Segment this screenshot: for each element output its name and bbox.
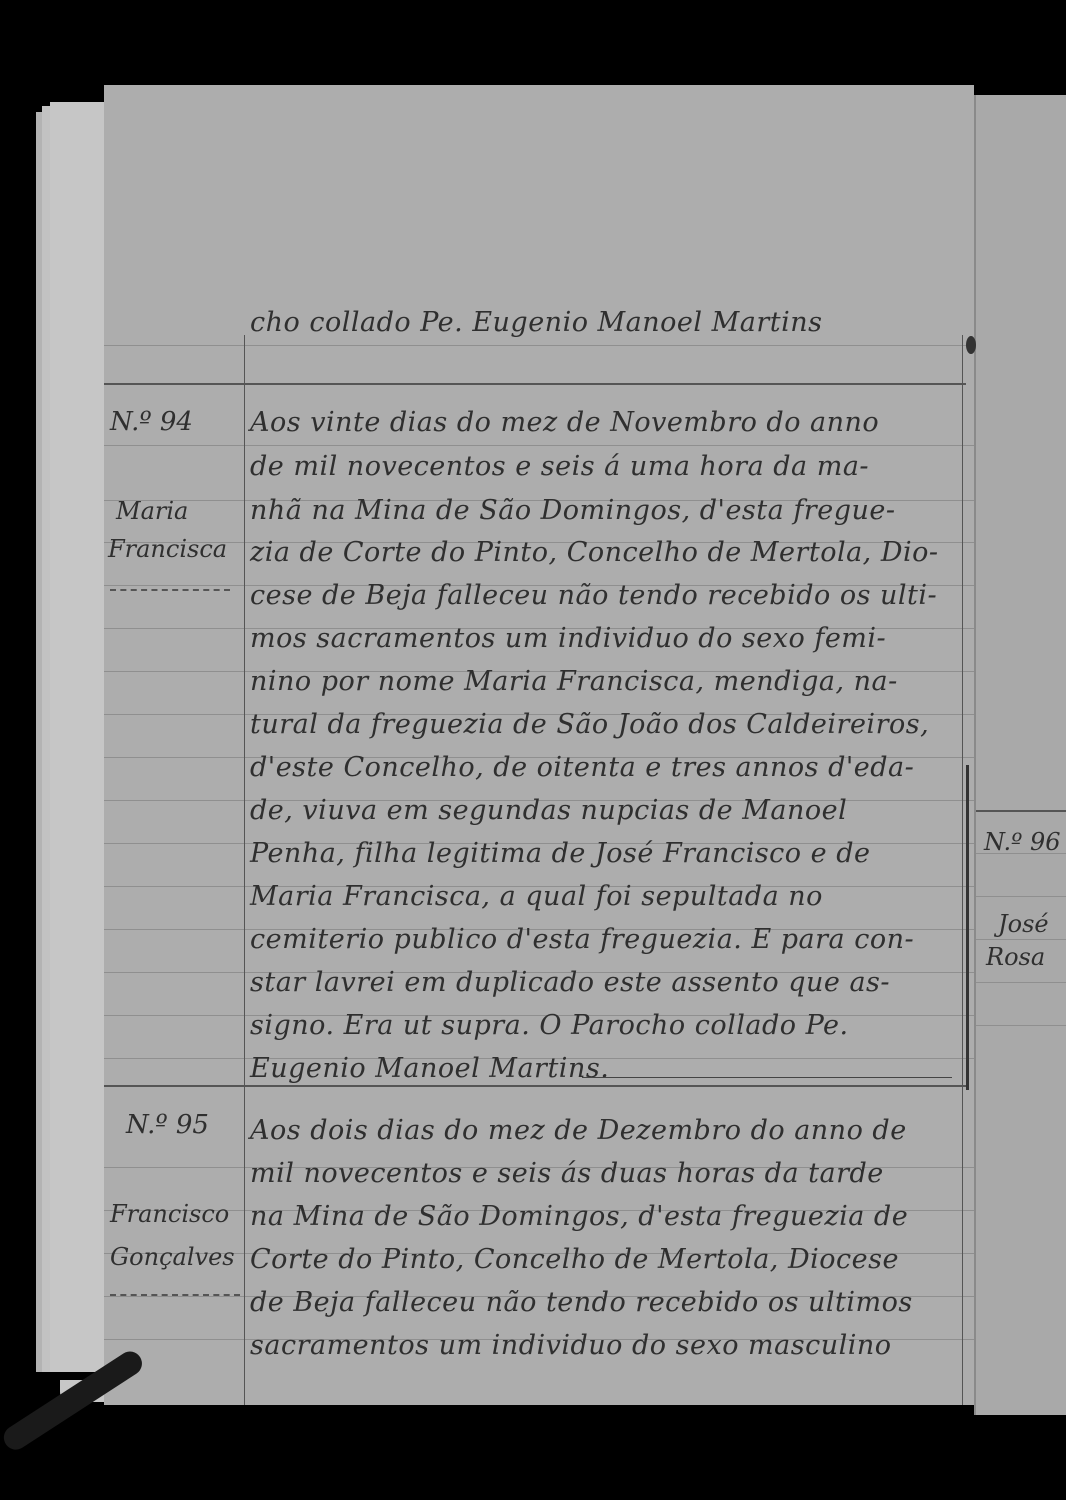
entry-body-line: Aos dois dias do mez de Dezembro do anno… [250, 1115, 907, 1146]
entry-body-line: Corte do Pinto, Concelho de Mertola, Dio… [250, 1244, 899, 1275]
entry-body-line: star lavrei em duplicado este assento qu… [250, 967, 890, 998]
entry-body-line: de, viuva em segundas nupcias de Manoel [250, 795, 847, 826]
entry-separator [976, 810, 1066, 812]
entry-body-line: nhã na Mina de São Domingos, d'esta freg… [250, 495, 895, 526]
facing-entry-name-line: Rosa [986, 943, 1045, 971]
margin-column-line [244, 335, 245, 1405]
entry-body-line: de mil novecentos e seis á uma hora da m… [250, 451, 869, 482]
entry-number: N.º 94 [110, 407, 193, 437]
entry-body-line: Maria Francisca, a qual foi sepultada no [250, 881, 823, 912]
entry-name-line: Gonçalves [110, 1243, 235, 1271]
end-of-entry-line [582, 1077, 952, 1078]
entry-body-line: signo. Era ut supra. O Parocho collado P… [250, 1010, 849, 1041]
entry-number: N.º 95 [126, 1110, 209, 1140]
flourish-line [110, 585, 230, 591]
entry-body-line: na Mina de São Domingos, d'esta freguezi… [250, 1201, 908, 1232]
entry-body-line: de Beja falleceu não tendo recebido os u… [250, 1287, 913, 1318]
entry-body-line: nino por nome Maria Francisca, mendiga, … [250, 666, 898, 697]
entry-name-line: Francisco [110, 1200, 229, 1228]
entry-body-line: zia de Corte do Pinto, Concelho de Merto… [250, 537, 939, 568]
entry-body-line: Aos vinte dias do mez de Novembro do ann… [250, 407, 879, 438]
header-signature-line: cho collado Pe. Eugenio Manoel Martins [250, 307, 823, 338]
ruled-line [976, 939, 1066, 940]
entry-name-line: Francisca [108, 535, 227, 563]
ruled-line [976, 1025, 1066, 1026]
facing-page: N.º 96 José Rosa [974, 95, 1066, 1415]
ink-blot [966, 336, 976, 354]
facing-entry-name-line: José [998, 910, 1049, 938]
register-page: cho collado Pe. Eugenio Manoel Martins N… [104, 85, 974, 1405]
page-stack-edge [50, 102, 107, 1372]
entry-body-line: Eugenio Manoel Martins. [250, 1053, 609, 1084]
ruled-line [976, 982, 1066, 983]
entry-body-line: tural da freguezia de São João dos Calde… [250, 709, 929, 740]
entry-body-line: Penha, filha legitima de José Francisco … [250, 838, 870, 869]
entry-body-line: mil novecentos e seis ás duas horas da t… [250, 1158, 884, 1189]
ruled-line [104, 445, 974, 446]
entry-separator [104, 1085, 966, 1087]
facing-entry-number: N.º 96 [984, 828, 1061, 856]
entry-body-line: cemiterio publico d'esta freguezia. E pa… [250, 924, 914, 955]
ruled-line [104, 345, 974, 346]
flourish-line [110, 1290, 240, 1296]
entry-body-line: sacramentos um individuo do sexo masculi… [250, 1330, 892, 1361]
entry-name-line: Maria [116, 497, 188, 525]
entry-separator [104, 383, 966, 385]
entry-body-line: d'este Concelho, de oitenta e tres annos… [250, 752, 914, 783]
entry-body-line: mos sacramentos um individuo do sexo fem… [250, 623, 886, 654]
entry-body-line: cese de Beja falleceu não tendo recebido… [250, 580, 937, 611]
right-column-line [962, 335, 963, 1405]
gutter-line [966, 765, 969, 1090]
ruled-line [976, 896, 1066, 897]
